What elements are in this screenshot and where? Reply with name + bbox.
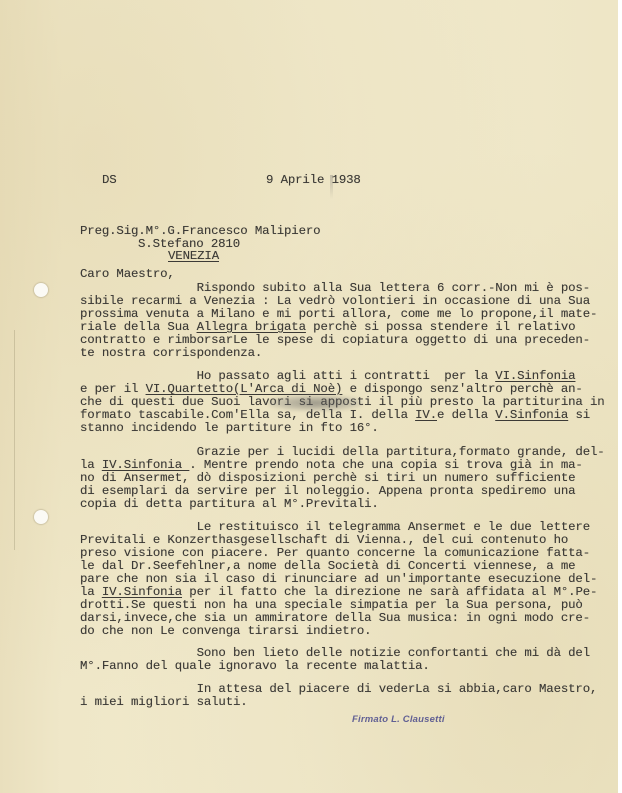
recipient-name: Preg.Sig.M°.G.Francesco Malipiero [80, 225, 320, 238]
text-segment: e della [437, 408, 495, 422]
text-segment: e dispongo senz'altro perchè an- [342, 382, 582, 396]
text-line: e per il VI.Quartetto(L'Arca di Noè) e d… [80, 383, 583, 396]
sender-initials: DS [102, 174, 117, 187]
work-title: VI.Quartetto(L'Arca di Noè) [146, 382, 343, 396]
text-line: sibile recarmi a Venezia : La vedrò volo… [80, 295, 590, 308]
salutation: Caro Maestro, [80, 268, 175, 281]
letter-date: 9 Aprile 1938 [266, 174, 361, 187]
text-line: copia di detta partitura al M°.Previtali… [80, 498, 379, 511]
text-line: do che non Le convenga tirarsi indietro. [80, 625, 371, 638]
text-line: Rispondo subito alla Sua lettera 6 corr.… [80, 282, 590, 295]
text-line: Sono ben lieto delle notizie confortanti… [80, 647, 590, 660]
text-line: i miei migliori saluti. [80, 696, 248, 709]
text-line: prossima venuta a Milano e mi porti allo… [80, 308, 597, 321]
text-line: le dal Dr.Seefehlner,a nome della Societ… [80, 560, 575, 573]
text-segment: per il fatto che la direzione ne sarà af… [182, 585, 597, 599]
text-line: di esemplari da servire per il noleggio.… [80, 485, 575, 498]
signature-stamp: Firmato L. Clausetti [352, 714, 445, 725]
text-line: riale della Sua Allegra brigata perchè s… [80, 321, 575, 334]
paper-crease [14, 330, 15, 550]
punch-hole-top [34, 283, 48, 297]
text-line: pare che non sia il caso di rinunciare a… [80, 573, 597, 586]
work-title: IV.Sinfonia [102, 458, 189, 472]
text-segment: la [80, 458, 102, 472]
text-segment: riale della Sua [80, 320, 197, 334]
work-title: IV.Sinfonia [102, 585, 182, 599]
text-line: la IV.Sinfonia per il fatto che la direz… [80, 586, 597, 599]
text-segment: perchè si possa stendere il relativo [306, 320, 576, 334]
text-segment: Ho passato agli atti i contratti per la [80, 369, 495, 383]
text-segment: la [80, 585, 102, 599]
recipient-city: VENEZIA [168, 250, 219, 263]
text-segment: formato tascabile.Com'Ella sa, della I. … [80, 408, 415, 422]
text-segment: e per il [80, 382, 146, 396]
ink-smudge [268, 395, 363, 411]
text-line: darsi,invece,che sia un ammiratore della… [80, 612, 590, 625]
text-line: no di Ansermet, dò disposizioni perchè s… [80, 472, 575, 485]
text-segment: . Mentre prendo nota che una copia si tr… [189, 458, 582, 472]
text-line: la IV.Sinfonia . Mentre prendo nota che … [80, 459, 583, 472]
text-line: Le restituisco il telegramma Ansermet e … [80, 521, 590, 534]
text-line: contratto e rimborsarLe le spese di copi… [80, 334, 590, 347]
text-line: drotti.Se questi non ha una speciale sim… [80, 599, 583, 612]
text-line: Grazie per i lucidi della partitura,form… [80, 446, 605, 459]
text-line: te nostra corrispondenza. [80, 347, 262, 360]
text-segment: si [568, 408, 590, 422]
work-title: Allegra brigata [197, 320, 306, 334]
work-title: VI.Sinfonia [495, 369, 575, 383]
text-line: Previtali e Konzerthasgesellschaft di Vi… [80, 534, 568, 547]
work-title: IV. [415, 408, 437, 422]
punch-hole-bottom [34, 510, 48, 524]
text-line: stanno incidendo le partiture in fto 16°… [80, 422, 379, 435]
text-line: Ho passato agli atti i contratti per la … [80, 370, 575, 383]
text-line: In attesa del piacere di vederLa si abbi… [80, 683, 597, 696]
text-line: preso visione con piacere. Per quanto co… [80, 547, 590, 560]
text-line: M°.Fanno del quale ignoravo la recente m… [80, 660, 430, 673]
work-title: V.Sinfonia [495, 408, 568, 422]
